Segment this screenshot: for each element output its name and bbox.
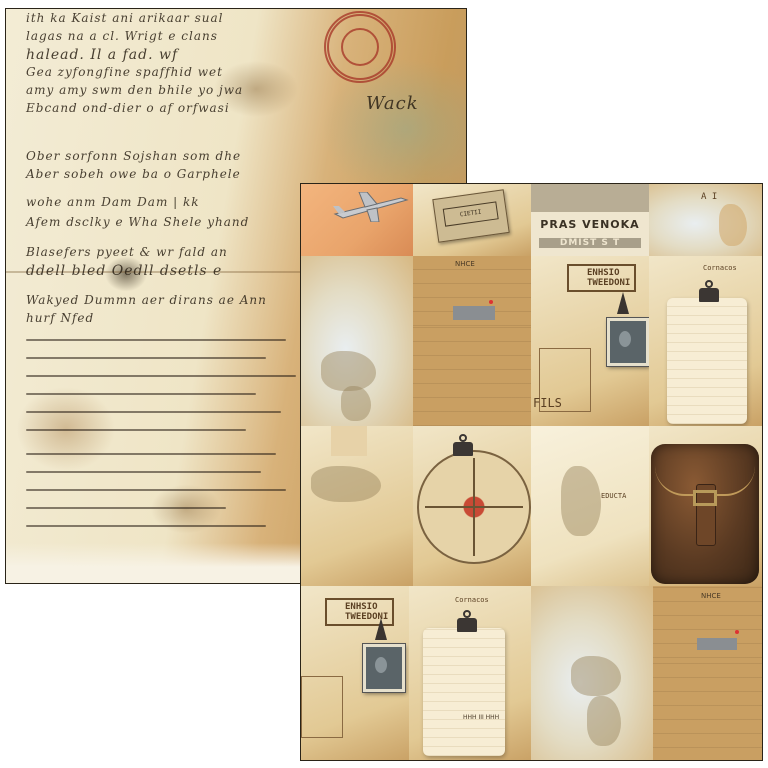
ink-line (26, 429, 246, 431)
red-postmark-icon (324, 11, 396, 83)
stamp-card: CIETII (432, 189, 509, 243)
brand-line: TWEEDONI (587, 278, 630, 288)
brand-line: ENHSIO (345, 602, 388, 612)
postage-stamp-icon (607, 318, 649, 366)
tower-ornament-icon (617, 292, 629, 314)
handwriting-line: ith ka Kaist ani arikaar sual (26, 11, 223, 25)
handwriting-line: Aber sobeh owe ba o Garphele (26, 167, 241, 181)
tile-letter-form: NHCE (413, 256, 531, 326)
tile-old-map (301, 426, 413, 586)
tile-compass (413, 426, 531, 586)
tile-ledger-form-2 (653, 658, 763, 761)
ink-line (26, 393, 256, 395)
airplane-icon (331, 192, 411, 222)
ink-line (26, 375, 296, 377)
poster-title: PRAS VENOKA (531, 218, 649, 231)
handwriting-line: halead. Il a fad. wf (26, 47, 178, 63)
poster-footer: DMIST S T (539, 238, 641, 248)
postal-label: Cornacos (703, 264, 737, 272)
ink-line (26, 525, 266, 527)
tile-americas-map (301, 256, 413, 426)
tile-poster: PRAS VENOKA DMIST S T (531, 184, 649, 256)
tile-stamp-card: CIETII (413, 184, 531, 256)
tile-clipboard: Cornacos (649, 256, 763, 426)
address-box (301, 676, 343, 738)
binder-clip-icon (699, 288, 719, 302)
tile-world-map: A I (649, 184, 763, 256)
tile-clipboard-2: Cornacos HHH III HHH (409, 586, 531, 761)
tile-airplane-postcard (301, 184, 413, 256)
binder-clip-icon (453, 442, 473, 456)
handwriting-line: wohe anm Dam Dam | kk (26, 195, 200, 209)
postage-stamp-icon (363, 644, 405, 692)
handwriting-line: Ebcand ond-dier o af orfwasi (26, 101, 230, 115)
handwriting-line: Wakyed Dummn aer dirans ae Ann (26, 293, 267, 307)
form-header: NHCE (701, 592, 721, 600)
ship-illustration (697, 638, 737, 650)
tile-envelope: ENHSIO TWEEDONI FILS (531, 256, 649, 426)
map-continent (341, 386, 371, 421)
ink-line (26, 507, 226, 509)
map-label: A I (701, 192, 717, 202)
map-continent (587, 696, 621, 746)
red-dot (489, 300, 493, 304)
red-dot (735, 630, 739, 634)
leather-satchel (651, 444, 759, 584)
map-continent (311, 466, 381, 502)
postal-label: Cornacos (455, 596, 489, 604)
travel-collage-sheet: CIETII PRAS VENOKA DMIST S T A I NHCE EN… (300, 183, 763, 761)
handwriting-line: amy amy swm den bhile yo jwa (26, 83, 243, 97)
handwriting-line: Gea zyfongfine spaffhid wet (26, 65, 223, 79)
tower-ornament-icon (375, 618, 387, 640)
brand-box: ENHSIO TWEEDONI (567, 264, 636, 292)
handwriting-line: Blasefers pyeet & wr fald an (26, 245, 228, 259)
paper-tab (331, 426, 367, 456)
notecard: HHH III HHH (423, 628, 505, 756)
field-label: FILS (533, 396, 562, 410)
ship-illustration (453, 306, 495, 320)
map-continent (719, 204, 747, 246)
map-continent (571, 656, 621, 696)
ink-line (26, 471, 261, 473)
tile-americas-chart: EDUCTA (531, 426, 649, 586)
tile-letter-form-2: NHCE (653, 586, 763, 658)
stamp-card-label: CIETII (443, 201, 499, 226)
notecard-footer: HHH III HHH (463, 714, 499, 721)
map-continent (321, 351, 376, 391)
tile-leather-satchel (649, 426, 763, 586)
handwriting-line: Ober sorfonn Sojshan som dhe (26, 149, 241, 163)
ink-line (26, 489, 286, 491)
tile-ledger-form (413, 326, 531, 426)
handwriting-annotation: Wack (366, 93, 419, 114)
tile-envelope-2: ENHSIO TWEEDONI (301, 586, 409, 761)
handwriting-line: Afem dsclky e Wha Shele yhand (26, 215, 249, 229)
ink-line (26, 411, 281, 413)
ink-line (26, 453, 276, 455)
ink-line (26, 339, 286, 341)
buckle-icon (693, 490, 717, 506)
form-header: NHCE (455, 260, 475, 268)
notecard (667, 298, 747, 424)
tile-americas-map-2 (531, 586, 653, 761)
brand-line: ENHSIO (587, 268, 630, 278)
ink-line (26, 357, 266, 359)
map-continent (561, 466, 601, 536)
handwriting-line: hurf Nfed (26, 311, 94, 325)
map-caption: EDUCTA (601, 492, 626, 500)
binder-clip-icon (457, 618, 477, 632)
compass-rose-icon (417, 450, 531, 564)
handwriting-line: ddell bled Oedll dsetls e (26, 263, 222, 279)
handwriting-line: lagas na a cl. Wrigt e clans (26, 29, 218, 43)
